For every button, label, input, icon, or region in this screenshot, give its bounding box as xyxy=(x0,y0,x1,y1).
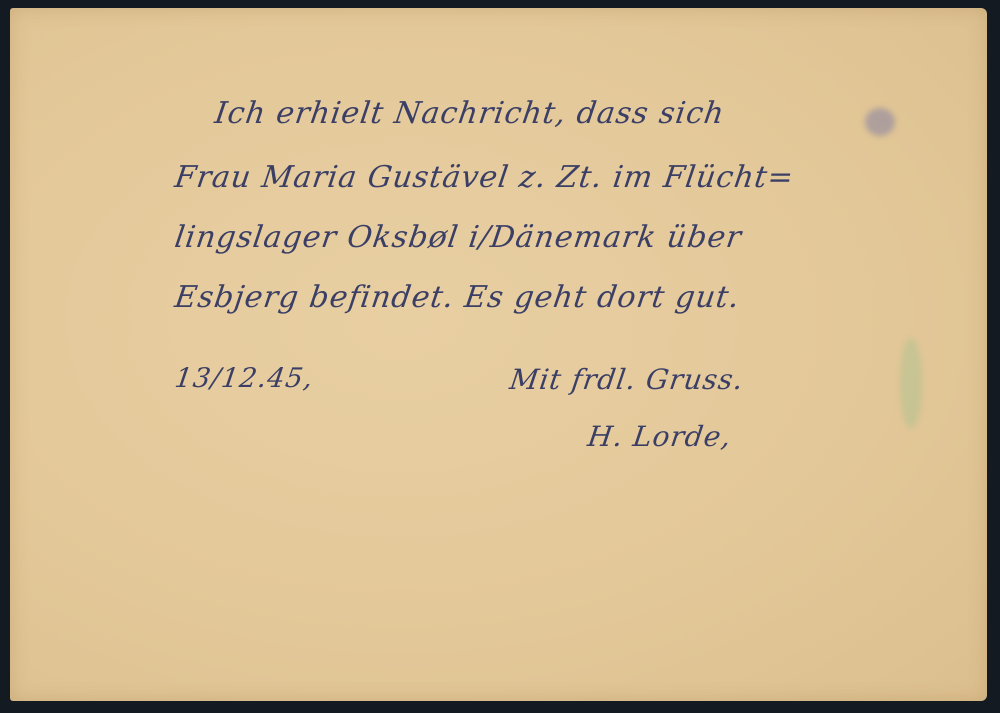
date: 13/12.45, xyxy=(173,363,316,394)
postcard: Ich erhielt Nachricht, dass sich Frau Ma… xyxy=(10,8,987,701)
text-line-3: lingslager Oksbøl i/Dänemark über xyxy=(173,220,745,255)
text-line-4: Esbjerg befindet. Es geht dort gut. xyxy=(173,280,743,315)
closing: Mit frdl. Gruss. xyxy=(508,363,746,396)
ink-smudge xyxy=(865,108,895,136)
signature: H. Lorde, xyxy=(586,420,734,453)
text-line-2: Frau Maria Gustävel z. Zt. im Flücht= xyxy=(173,160,797,195)
text-line-1: Ich erhielt Nachricht, dass sich xyxy=(213,96,727,131)
green-stain xyxy=(900,338,922,428)
